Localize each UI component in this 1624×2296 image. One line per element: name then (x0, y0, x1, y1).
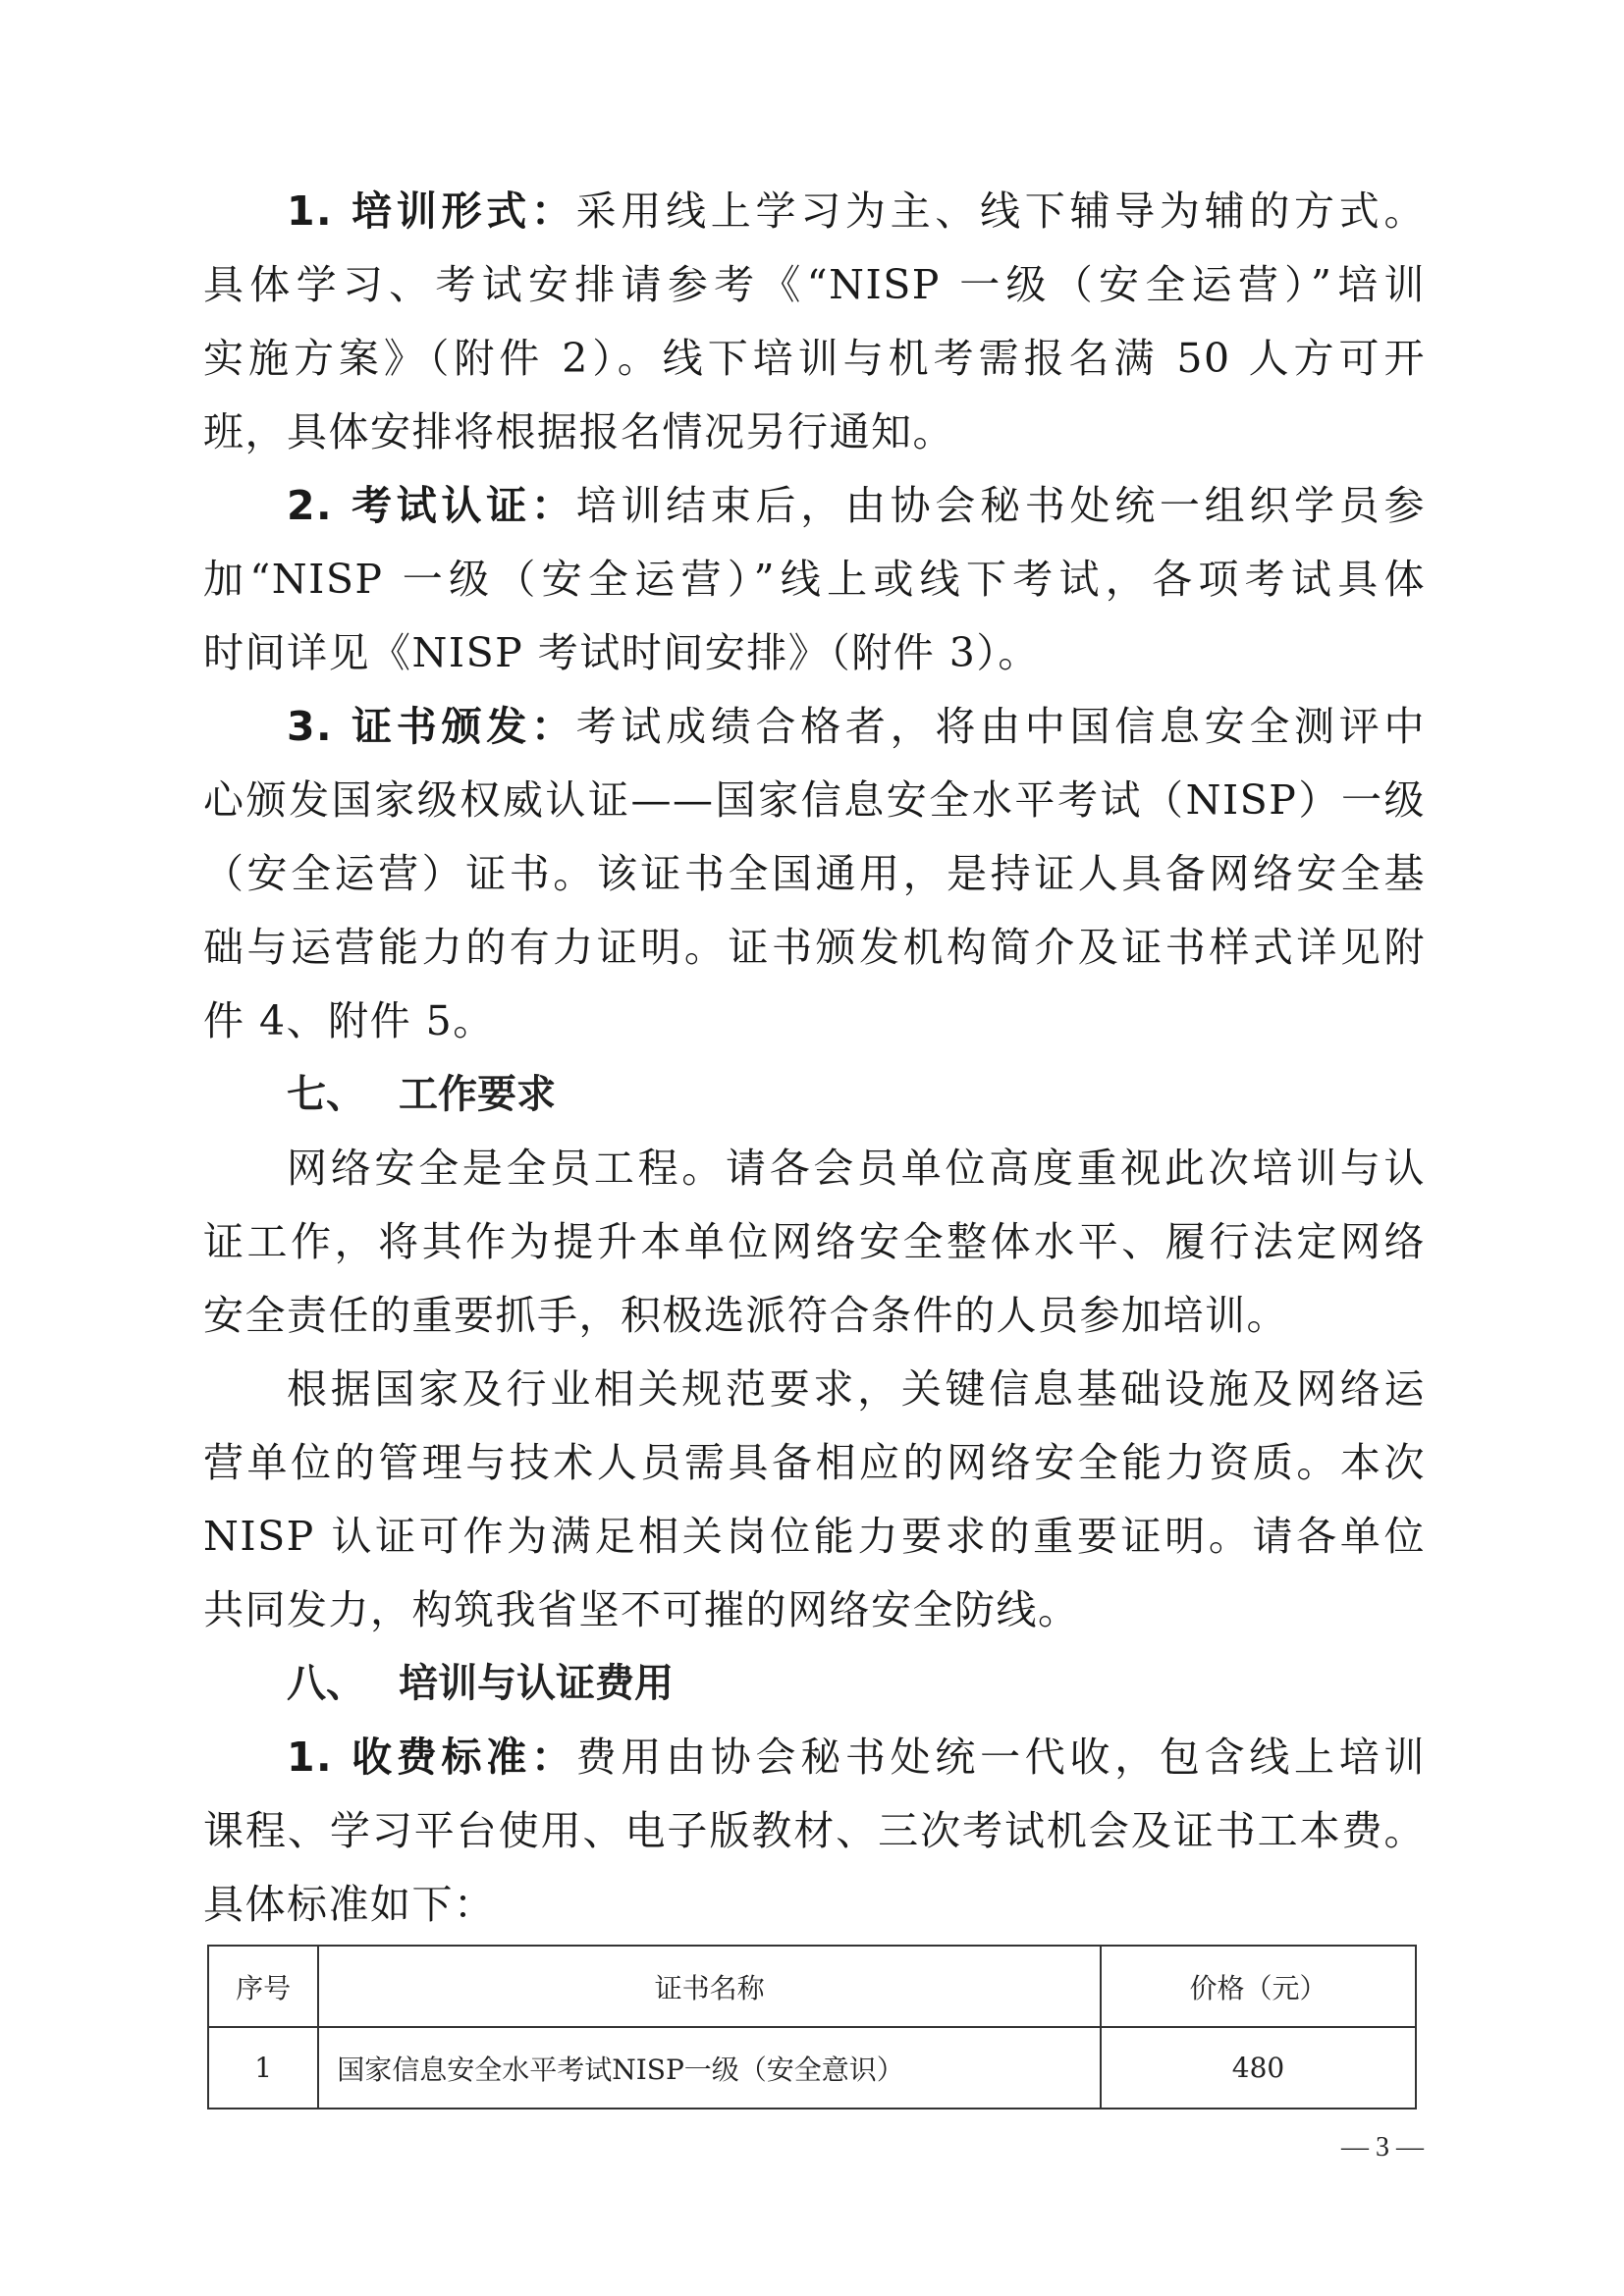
section8-item1-line-1: 1. 收费标准：费用由协会秘书处统一代收，包含线上培训 (287, 1733, 1426, 1782)
item3-line-1: 3. 证书颁发：考试成绩合格者，将由中国信息安全测评中 (287, 702, 1426, 751)
section8-heading: 八、培训与认证费用 (287, 1659, 674, 1708)
item2-label: 2. 考试认证： (287, 482, 576, 529)
section7-para1-line-3: 安全责任的重要抓手，积极选派符合条件的人员参加培训。 (203, 1291, 1426, 1340)
fee-table-header-row: 序号 证书名称 价格（元） (208, 1946, 1416, 2027)
item1-line-2: 具体学习、考试安排请参考《“NISP 一级（安全运营）”培训 (203, 260, 1426, 309)
cell-price: 480 (1101, 2027, 1416, 2109)
item1-line-1: 1. 培训形式：采用线上学习为主、线下辅导为辅的方式。 (287, 187, 1426, 236)
item2-line-1: 2. 考试认证：培训结束后，由协会秘书处统一组织学员参 (287, 481, 1426, 530)
item1-line-4: 班，具体安排将根据报名情况另行通知。 (203, 407, 1426, 456)
section7-para2-line-2: 营单位的管理与技术人员需具备相应的网络安全能力资质。本次 (203, 1438, 1426, 1487)
section7-title: 工作要求 (399, 1072, 556, 1117)
section8-item1-label: 1. 收费标准： (287, 1734, 576, 1781)
section7-para1-line-2: 证工作，将其作为提升本单位网络安全整体水平、履行法定网络 (203, 1217, 1426, 1266)
item3-line-5: 件 4、附件 5。 (203, 996, 1426, 1045)
item1-label: 1. 培训形式： (287, 187, 576, 235)
page-number: — 3 — (1341, 2132, 1424, 2163)
section8-item1-line-2: 课程、学习平台使用、电子版教材、三次考试机会及证书工本费。 (203, 1806, 1426, 1855)
section7-para2-line-4: 共同发力，构筑我省坚不可摧的网络安全防线。 (203, 1585, 1426, 1634)
item3-line-4: 础与运营能力的有力证明。证书颁发机构简介及证书样式详见附 (203, 923, 1426, 972)
section7-heading: 七、工作要求 (287, 1070, 556, 1119)
header-seq: 序号 (208, 1946, 318, 2027)
cell-cert-name: 国家信息安全水平考试NISP一级（安全意识） (318, 2027, 1101, 2109)
item3-line-3: （安全运营）证书。该证书全国通用，是持证人具备网络安全基 (203, 849, 1426, 898)
table-row: 1 国家信息安全水平考试NISP一级（安全意识） 480 (208, 2027, 1416, 2109)
item2-line-2: 加“NISP 一级（安全运营）”线上或线下考试，各项考试具体 (203, 555, 1426, 604)
header-cert-name: 证书名称 (318, 1946, 1101, 2027)
section7-para1-line-1: 网络安全是全员工程。请各会员单位高度重视此次培训与认 (287, 1144, 1426, 1193)
header-price: 价格（元） (1101, 1946, 1416, 2027)
section8-title: 培训与认证费用 (399, 1661, 674, 1706)
document-page: 1. 培训形式：采用线上学习为主、线下辅导为辅的方式。 具体学习、考试安排请参考… (0, 0, 1624, 2296)
fee-table: 序号 证书名称 价格（元） 1 国家信息安全水平考试NISP一级（安全意识） 4… (207, 1945, 1417, 2109)
item2-line-3: 时间详见《NISP 考试时间安排》（附件 3）。 (203, 628, 1426, 677)
item3-label: 3. 证书颁发： (287, 703, 576, 750)
item1-line-3: 实施方案》（附件 2）。线下培训与机考需报名满 50 人方可开 (203, 334, 1426, 383)
item3-line-2: 心颁发国家级权威认证——国家信息安全水平考试（NISP）一级 (203, 775, 1426, 825)
section8-item1-line-3: 具体标准如下： (203, 1880, 1426, 1929)
section7-para2-line-1: 根据国家及行业相关规范要求，关键信息基础设施及网络运 (287, 1364, 1426, 1414)
section8-number: 八、 (287, 1659, 399, 1708)
section7-para2-line-3: NISP 认证可作为满足相关岗位能力要求的重要证明。请各单位 (203, 1512, 1426, 1561)
cell-seq: 1 (208, 2027, 318, 2109)
section7-number: 七、 (287, 1070, 399, 1119)
